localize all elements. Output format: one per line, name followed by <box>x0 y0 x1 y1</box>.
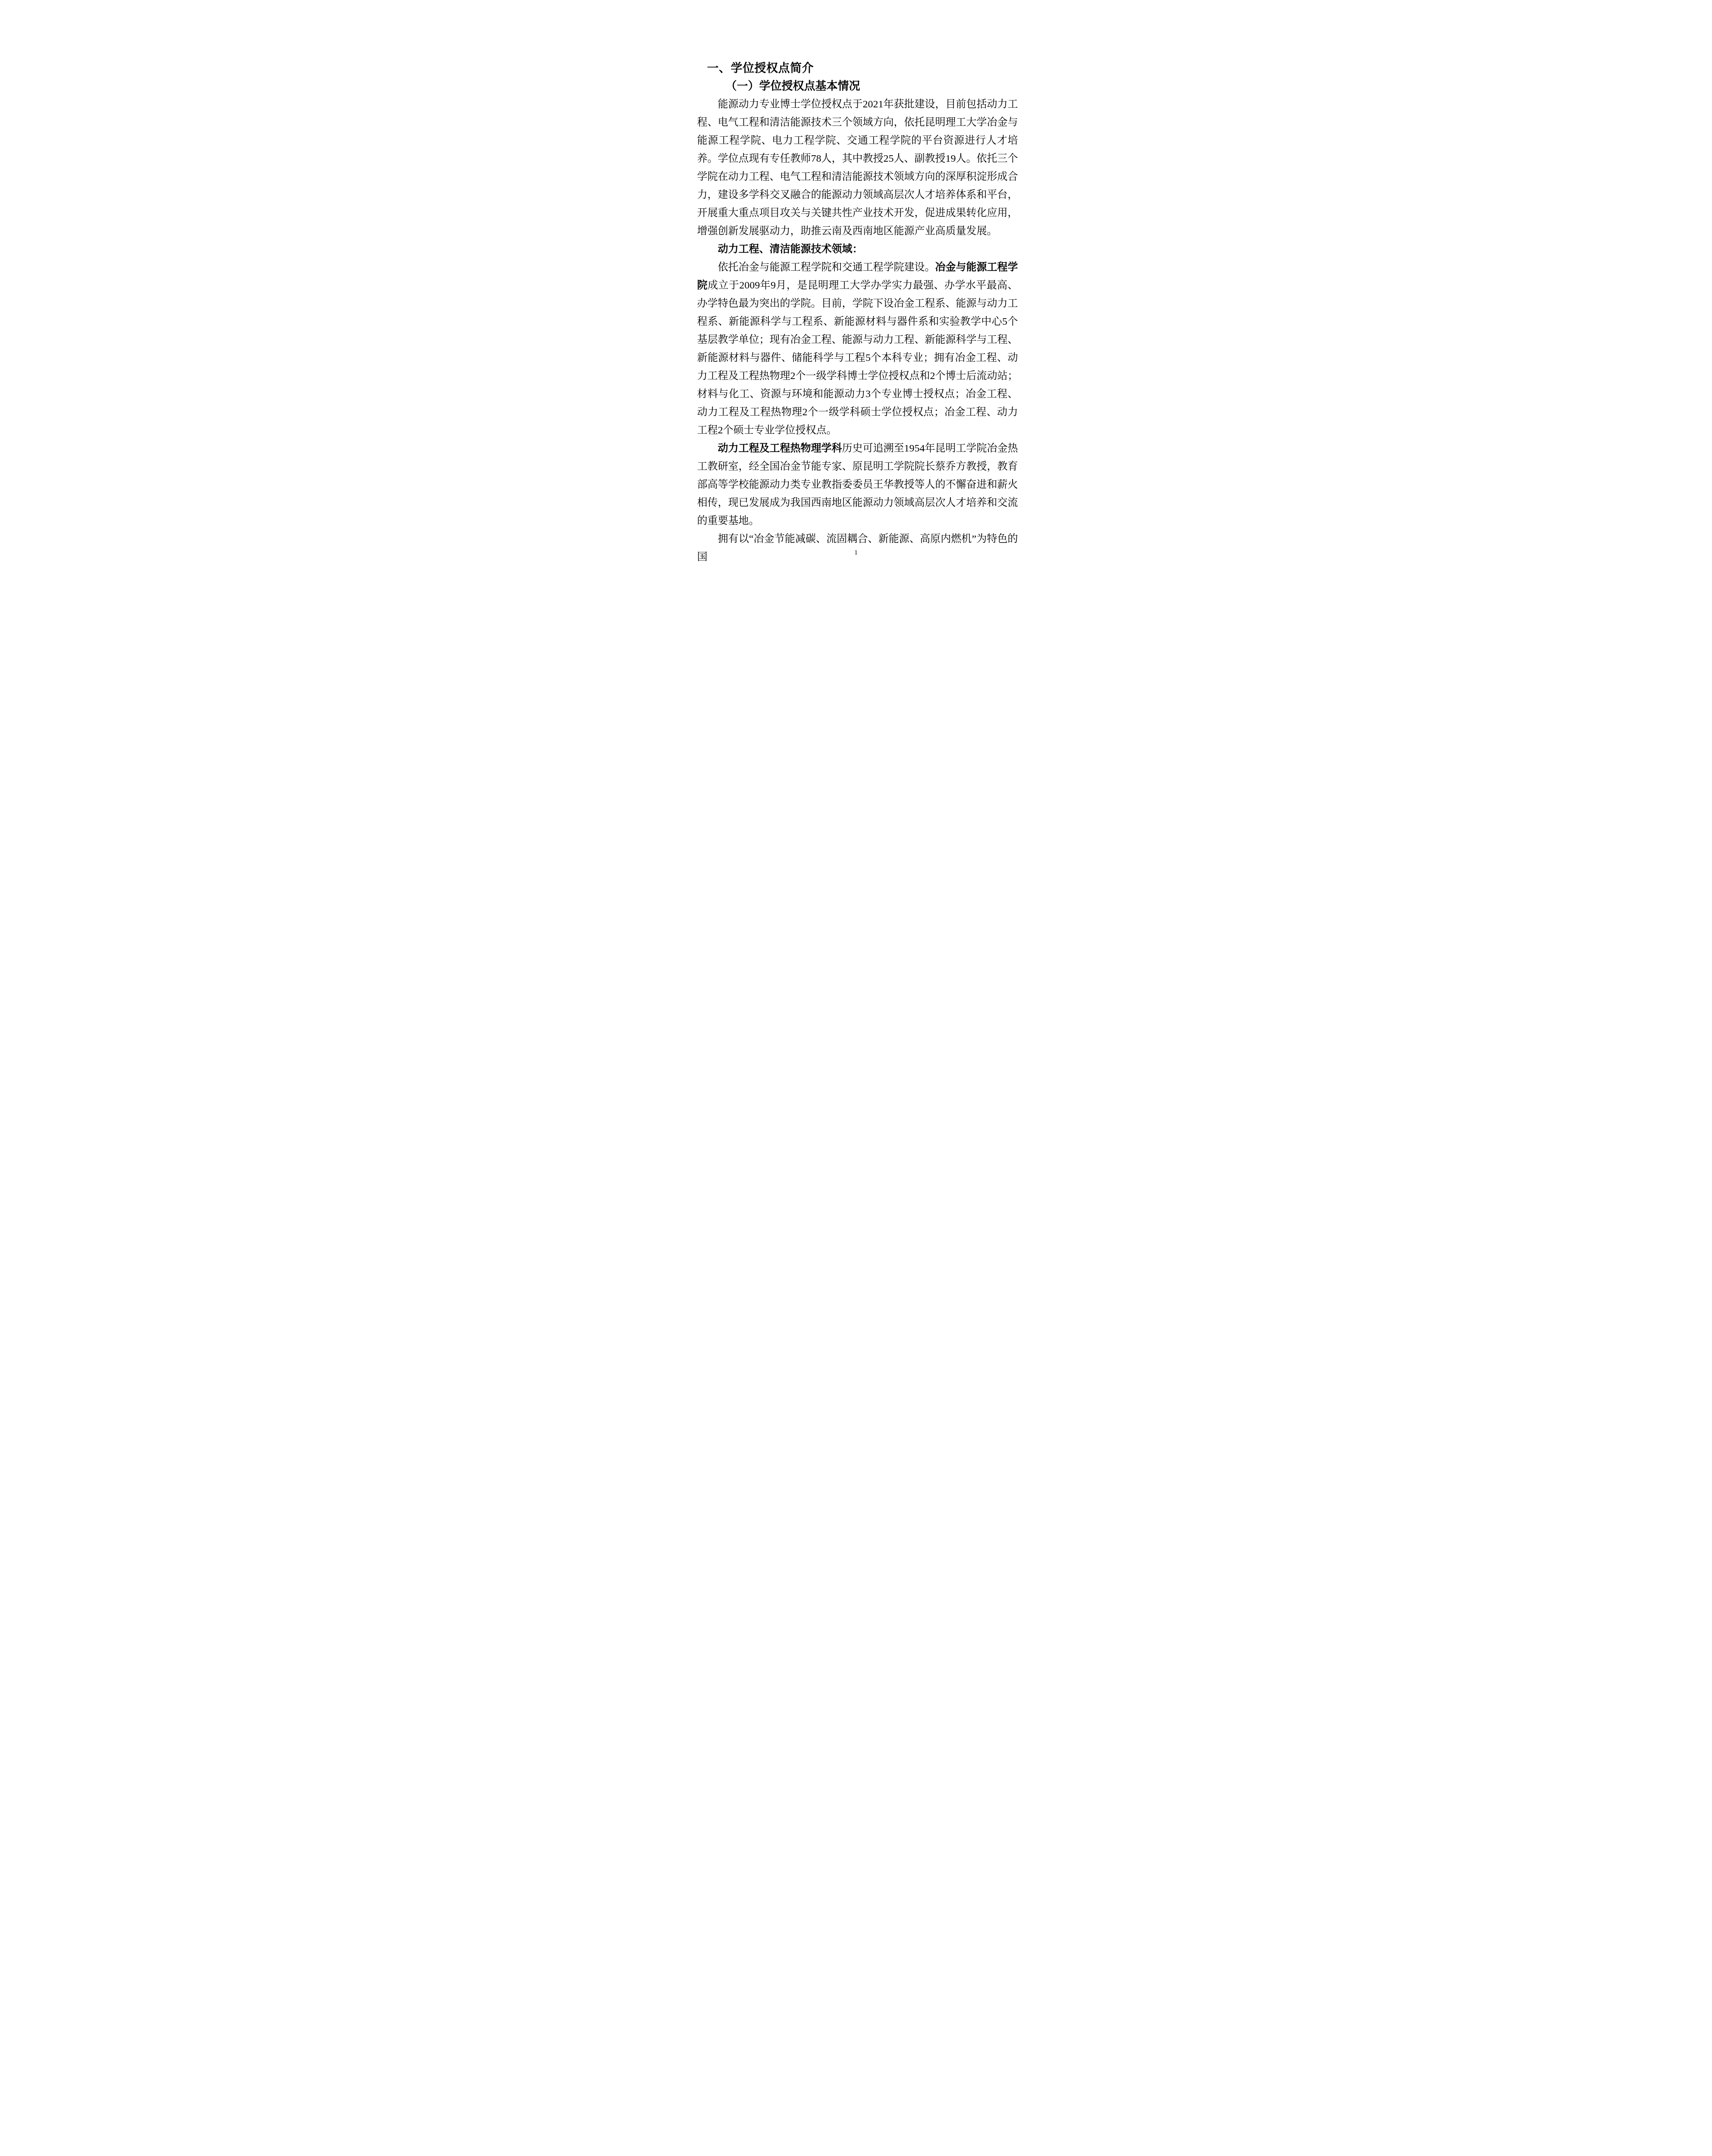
text-run: 成立于2009年9月，是昆明理工大学办学实力最强、办学水平最高、办学特色最为突出… <box>697 280 1018 436</box>
paragraph-college-intro: 依托冶金与能源工程学院和交通工程学院建设。冶金与能源工程学院成立于2009年9月… <box>697 258 1018 439</box>
paragraphs: 能源动力专业博士学位授权点于2021年获批建设，目前包括动力工程、电气工程和清洁… <box>697 95 1018 566</box>
bold-text-run: 动力工程及工程热物理学科 <box>718 443 842 454</box>
subsection-heading: （一）学位授权点基本情况 <box>697 77 1018 95</box>
paragraph-discipline-history: 动力工程及工程热物理学科历史可追溯至1954年昆明工学院冶金热工教研室，经全国冶… <box>697 439 1018 530</box>
paragraph-field-subheading: 动力工程、清洁能源技术领域： <box>697 240 1018 258</box>
text-run: 拥有以“冶金节能减碳、流固耦合、新能源、高原内燃机”为特色的国 <box>697 533 1018 563</box>
text-run: 历史可追溯至1954年昆明工学院冶金热工教研室，经全国冶金节能专家、原昆明工学院… <box>697 443 1018 526</box>
document-page: 一、学位授权点简介 （一）学位授权点基本情况 能源动力专业博士学位授权点于202… <box>642 0 1070 605</box>
paragraph-overview: 能源动力专业博士学位授权点于2021年获批建设，目前包括动力工程、电气工程和清洁… <box>697 95 1018 240</box>
text-run: 能源动力专业博士学位授权点于2021年获批建设，目前包括动力工程、电气工程和清洁… <box>697 99 1018 237</box>
text-run: 依托冶金与能源工程学院和交通工程学院建设。 <box>718 262 935 273</box>
section-heading: 一、学位授权点简介 <box>697 59 1018 77</box>
page-number: 1 <box>642 548 1070 557</box>
paragraph-features: 拥有以“冶金节能减碳、流固耦合、新能源、高原内燃机”为特色的国 <box>697 530 1018 566</box>
bold-text-run: 动力工程、清洁能源技术领域： <box>718 244 863 255</box>
